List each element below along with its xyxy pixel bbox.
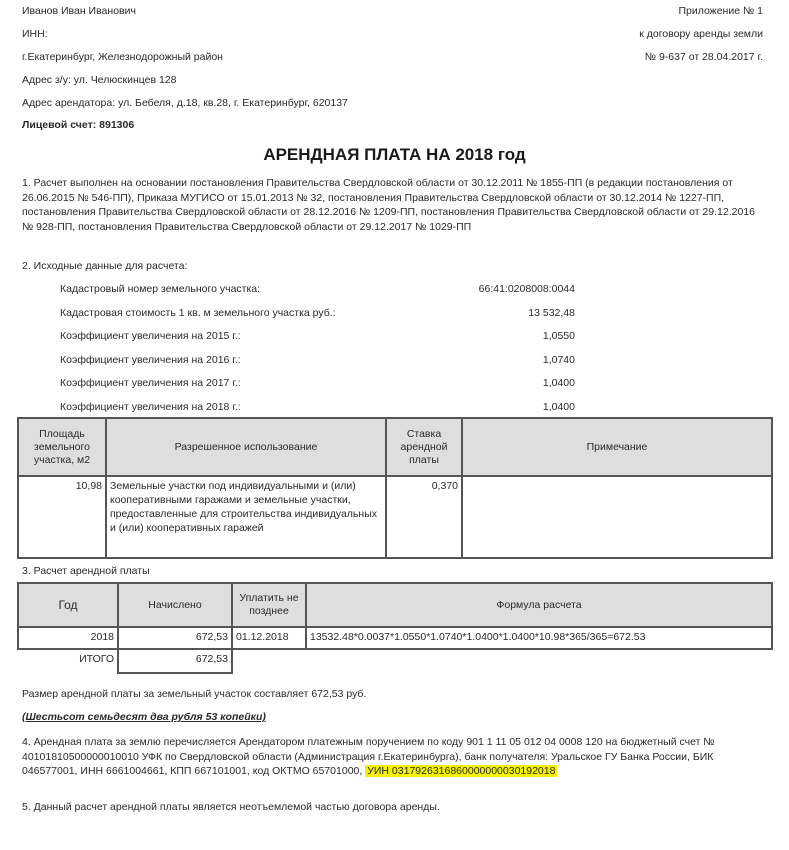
source-data-label: Кадастровая стоимость 1 кв. м земельного…	[60, 307, 336, 319]
cell-year: 2018	[18, 627, 118, 649]
source-data-row: Кадастровый номер земельного участка:66:…	[60, 283, 575, 299]
cell-rate: 0,370	[386, 476, 462, 558]
total-label: ИТОГО	[18, 649, 118, 673]
table-row: 2018 672,53 01.12.2018 13532.48*0.0037*1…	[18, 627, 772, 649]
total-row: ИТОГО 672,53	[18, 649, 772, 673]
header-formula: Формула расчета	[306, 583, 772, 627]
account-number: Лицевой счет: 891306	[22, 119, 134, 131]
source-data-row: Коэффициент увеличения на 2016 г.:1,0740	[60, 354, 575, 370]
usage-table: Площадь земельного участка, м2 Разрешенн…	[17, 417, 773, 559]
source-data-value: 1,0400	[543, 401, 575, 413]
tenant-inn: ИНН:	[22, 28, 48, 40]
source-data-row: Коэффициент увеличения на 2017 г.:1,0400	[60, 377, 575, 393]
rent-summary: Размер арендной платы за земельный участ…	[22, 688, 366, 700]
tenant-address: Адрес арендатора: ул. Бебеля, д.18, кв.2…	[22, 97, 348, 109]
source-data-value: 1,0400	[543, 377, 575, 389]
header-due: Уплатить не позднее	[232, 583, 306, 627]
source-data-value: 66:41:0208008:0044	[479, 283, 575, 295]
cell-charged: 672,53	[118, 627, 232, 649]
source-data-value: 1,0550	[543, 330, 575, 342]
contract-ref: к договору аренды земли	[639, 28, 763, 40]
source-data-value: 1,0740	[543, 354, 575, 366]
total-value: 672,53	[118, 649, 232, 673]
tenant-name: Иванов Иван Иванович	[22, 5, 136, 17]
section-4-payment: 4. Арендная плата за землю перечисляется…	[22, 735, 767, 779]
header-year: Год	[18, 583, 118, 627]
cell-area: 10,98	[18, 476, 106, 558]
source-data-row: Кадастровая стоимость 1 кв. м земельного…	[60, 307, 575, 323]
cell-due: 01.12.2018	[232, 627, 306, 649]
source-data-row: Коэффициент увеличения на 2015 г.:1,0550	[60, 330, 575, 346]
source-data-label: Коэффициент увеличения на 2016 г.:	[60, 354, 241, 366]
section-3-heading: 3. Расчет арендной платы	[22, 565, 150, 577]
header-usage: Разрешенное использование	[106, 418, 386, 476]
cell-usage: Земельные участки под индивидуальными и …	[106, 476, 386, 558]
section-2-heading: 2. Исходные данные для расчета:	[22, 260, 187, 272]
calculation-table: Год Начислено Уплатить не позднее Формул…	[17, 582, 773, 674]
source-data-label: Коэффициент увеличения на 2018 г.:	[60, 401, 241, 413]
source-data-value: 13 532,48	[528, 307, 575, 319]
section-5-note: 5. Данный расчет арендной платы является…	[22, 801, 440, 813]
page-title: АРЕНДНАЯ ПЛАТА НА 2018 год	[0, 145, 789, 165]
cell-formula: 13532.48*0.0037*1.0550*1.0740*1.0400*1.0…	[306, 627, 772, 649]
rent-summary-words: (Шестьсот семьдесят два рубля 53 копейки…	[22, 711, 266, 723]
source-data-row: Коэффициент увеличения на 2018 г.:1,0400	[60, 401, 575, 417]
source-data-label: Коэффициент увеличения на 2017 г.:	[60, 377, 241, 389]
cell-note	[462, 476, 772, 558]
header-note: Примечание	[462, 418, 772, 476]
source-data-label: Коэффициент увеличения на 2015 г.:	[60, 330, 241, 342]
uin-highlighted: УИН 0317926316860000000030192018	[365, 765, 557, 777]
section-1-basis: 1. Расчет выполнен на основании постанов…	[22, 176, 767, 234]
header-charged: Начислено	[118, 583, 232, 627]
plot-address: Адрес з/у: ул. Челюскинцев 128	[22, 74, 177, 86]
source-data-label: Кадастровый номер земельного участка:	[60, 283, 260, 295]
header-rate: Ставка арендной платы	[386, 418, 462, 476]
appendix-label: Приложение № 1	[678, 5, 763, 17]
contract-number: № 9-637 от 28.04.2017 г.	[645, 51, 763, 63]
header-area: Площадь земельного участка, м2	[18, 418, 106, 476]
location: г.Екатеринбург, Железнодорожный район	[22, 51, 223, 63]
